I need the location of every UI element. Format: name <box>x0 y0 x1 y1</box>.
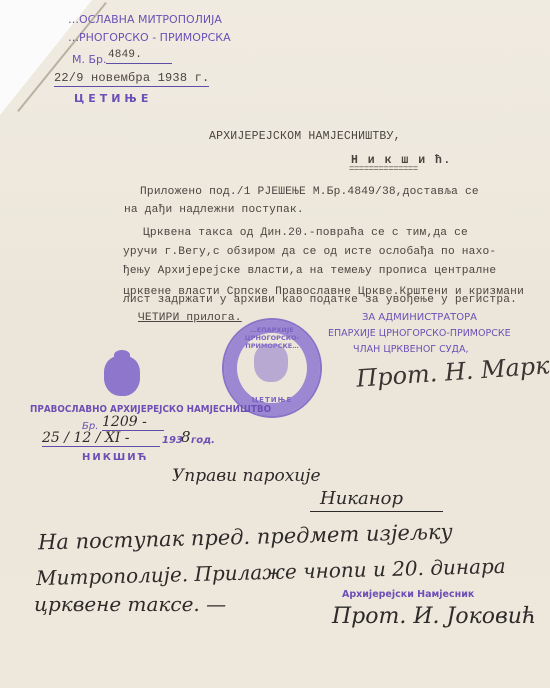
header-stamp-line1: …ОСЛАВНА МИТРОПОЛИЈА <box>68 13 222 26</box>
receipt-ref-number: 1209 - <box>102 414 164 431</box>
round-seal-city: ЦЕТИЊЕ <box>224 396 320 404</box>
handwritten-note-1-signature: Никанор <box>310 488 443 512</box>
body-p2-line5: лист задржати у архиви као податке за ув… <box>123 294 517 306</box>
enclosures: ЧЕТИРИ прилога. <box>138 312 242 324</box>
header-city: ЦЕТИЊЕ <box>74 92 152 105</box>
sig-block-line1: ЗА АДМИНИСТРАТОРА <box>362 312 477 323</box>
coat-of-arms-icon <box>104 356 140 396</box>
addressee-city-underline: ============== <box>349 164 418 174</box>
handwritten-note-2-line1: На поступак пред. предмет изјељку <box>38 520 453 555</box>
addressee-line1: АРХИЈЕРЕЈСКОМ НАМЈЕСНИШТВУ, <box>209 130 401 143</box>
crown-icon <box>114 350 130 360</box>
header-date: 22/9 новембра 1938 г. <box>54 71 209 87</box>
receipt-year-prefix: 193 <box>162 435 183 446</box>
handwritten-note-2-line3: црквене таксе. — <box>34 592 226 616</box>
sig-block-line2: ЕПАРХИЈЕ ЦРНОГОРСКО-ПРИМОРСКЕ <box>328 328 511 339</box>
round-seal: …ЕПАРХИЈЕ ЦРНОГОРСКО-ПРИМОРСКЕ… ЦЕТИЊЕ <box>222 318 322 418</box>
document-page: …ОСЛАВНА МИТРОПОЛИЈА …РНОГОРСКО - ПРИМОР… <box>0 0 550 688</box>
receipt-year-label: год. <box>191 435 215 446</box>
body-p2-line1: Црквена такса од Дин.20.-повраћа се с ти… <box>143 227 468 239</box>
body-p1-line1: Приложено под./1 РЈЕШЕЊЕ М.Бр.4849/38,до… <box>140 186 479 198</box>
body-p2-line2: уручи г.Вегу,с обзиром да се од исте осл… <box>123 246 496 258</box>
body-p2-line3: ђењу Архијерејске власти,а на темељу про… <box>123 265 496 277</box>
header-ref-label: М. Бр. <box>72 53 107 66</box>
sig-block-line3: ЧЛАН ЦРКВЕНОГ СУДА, <box>353 344 468 355</box>
closing-stamp: Архијерејски Намјесник <box>342 589 474 600</box>
receipt-date: 25 / 12 / XI - <box>42 430 160 447</box>
handwritten-note-2-line2: Митрополије. Прилаже чнопи и 20. динара <box>36 554 506 590</box>
closing-signature: Прот. И. Јоковић <box>332 604 536 629</box>
handwritten-note-1: Управи парохије <box>172 466 321 486</box>
receipt-city: НИКШИЋ <box>82 452 148 463</box>
receipt-year-suffix: 8 <box>181 428 191 446</box>
header-ref-number: 4849. <box>108 49 142 61</box>
body-p1-line2: на дађи надлежни поступак. <box>124 204 304 216</box>
coat-of-arms-icon <box>254 344 288 382</box>
header-stamp-line2: …РНОГОРСКО - ПРИМОРСКА <box>68 31 231 44</box>
